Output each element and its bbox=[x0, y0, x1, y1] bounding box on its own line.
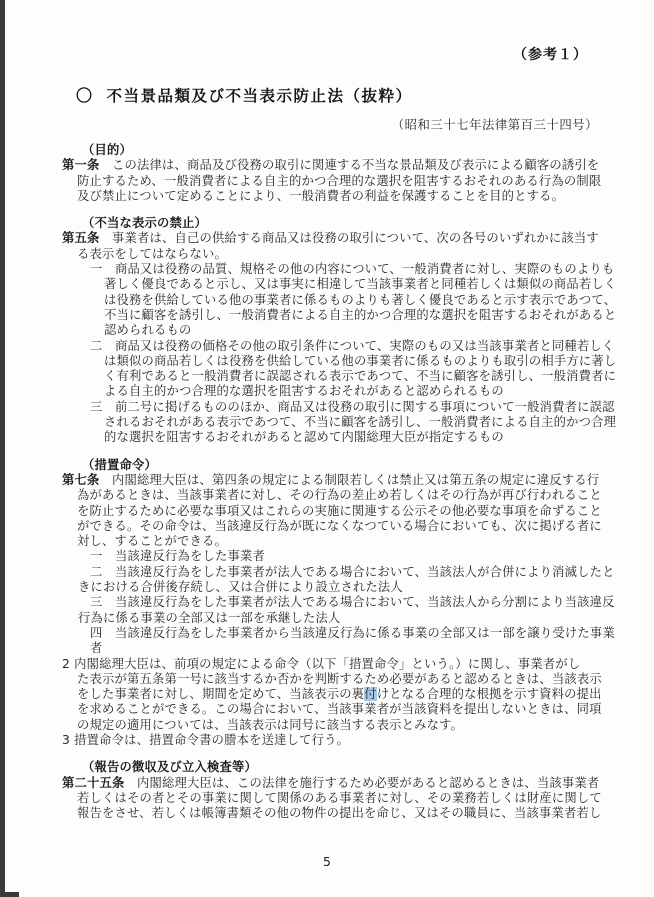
bold-label: （措置命令） bbox=[82, 458, 157, 472]
page-number: 5 bbox=[0, 854, 654, 869]
doc-line: きにおける合併後存続し、又は合併により設立された法人 bbox=[62, 580, 614, 595]
bold-label: （不当な表示の禁止） bbox=[82, 216, 207, 230]
doc-line: （措置命令） bbox=[62, 458, 614, 473]
scan-edge-corner bbox=[0, 892, 19, 897]
search-highlight: 付 bbox=[364, 687, 377, 701]
doc-line: 第七条 内閣総理大臣は、第四条の規定による制限若しくは禁止又は第五条の規定に違反… bbox=[62, 473, 614, 488]
document-page: （参考１） 〇 不当景品類及び不当表示防止法（抜粋） （昭和三十七年法律第百三十… bbox=[0, 0, 654, 897]
doc-line: 四 当該違反行為をした事業者から当該違反行為に係る事業の全部又は一部を譲り受けた… bbox=[62, 626, 614, 641]
law-number: （昭和三十七年法律第百三十四号） bbox=[392, 115, 598, 133]
doc-line: 一 当該違反行為をした事業者 bbox=[62, 549, 614, 564]
title-circle-mark: 〇 bbox=[76, 83, 94, 106]
doc-line: 行為に係る事業の全部又は一部を承継した法人 bbox=[62, 611, 614, 626]
doc-line: （不当な表示の禁止） bbox=[62, 216, 614, 231]
doc-line: 三 当該違反行為をした事業者が法人である場合において、当該法人から分割により当該… bbox=[62, 595, 614, 610]
bold-label: 第五条 bbox=[62, 231, 100, 245]
doc-line: 第一条 この法律は、商品及び役務の取引に関連する不当な景品類及び表示による顧客の… bbox=[62, 158, 614, 173]
doc-line: 第五条 事業者は、自己の供給する商品又は役務の取引について、次の各号のいずれかに… bbox=[62, 231, 614, 246]
doc-line: を求めることができる。この場合において、当該事業者が当該資料を提出しないときは、… bbox=[62, 702, 614, 717]
doc-line: 二 商品又は役務の価格その他の取引条件について、実際のもの又は当該事業者と同種若… bbox=[62, 339, 614, 354]
doc-line: く有利であると一般消費者に誤認される表示であつて、不当に顧客を誘引し、一般消費者… bbox=[62, 369, 614, 384]
doc-line: 2 内閣総理大臣は、前項の規定による命令（以下「措置命令」という。）に関し、事業… bbox=[62, 657, 614, 672]
doc-line: 不当に顧客を誘引し、一般消費者による自主的かつ合理的な選択を阻害するおそれがある… bbox=[62, 308, 614, 323]
section-gap bbox=[62, 204, 614, 216]
bold-label: 第七条 bbox=[62, 473, 100, 487]
doc-line: 三 前二号に掲げるもののほか、商品又は役務の取引に関する事項について一般消費者に… bbox=[62, 400, 614, 415]
doc-line: 一 商品又は役務の品質、規格その他の内容について、一般消費者に対し、実際のものよ… bbox=[62, 262, 614, 277]
doc-line: る表示をしてはならない。 bbox=[62, 247, 614, 262]
reference-label: （参考１） bbox=[513, 44, 588, 64]
doc-line: 第二十五条 内閣総理大臣は、この法律を施行するため必要があると認めるときは、当該… bbox=[62, 776, 614, 791]
bold-label: （目的） bbox=[82, 143, 132, 157]
document-title: 不当景品類及び不当表示防止法（抜粋） bbox=[107, 84, 413, 106]
doc-line: をした事業者に対し、期間を定めて、当該表示の裏付けとなる合理的な根拠を示す資料の… bbox=[62, 687, 614, 702]
doc-line: 及び禁止について定めることにより、一般消費者の利益を保護することを目的とする。 bbox=[62, 189, 614, 204]
doc-line: 者 bbox=[62, 641, 614, 656]
doc-line: 報告をさせ、若しくは帳簿書類その他の物件の提出を命じ、又はその職員に、当該事業者… bbox=[62, 806, 614, 821]
doc-line: 著しく優良であると示し、又は事実に相違して当該事業者と同種若しくは類似の商品若し… bbox=[62, 277, 614, 292]
document-body: （目的）第一条 この法律は、商品及び役務の取引に関連する不当な景品類及び表示によ… bbox=[62, 143, 614, 821]
doc-line: を防止するために必要な事項又はこれらの実施に関連する公示その他必要な事項を命ずる… bbox=[62, 504, 614, 519]
doc-line: 二 当該違反行為をした事業者が法人である場合において、当該法人が合併により消滅し… bbox=[62, 565, 614, 580]
doc-line: は類似の商品若しくは役務を供給している他の事業者に係るものよりも取引の相手方に著… bbox=[62, 354, 614, 369]
doc-line: た表示が第五条第一号に該当するか否かを判断するため必要があると認めるときは、当該… bbox=[62, 672, 614, 687]
bold-label: 第二十五条 bbox=[62, 776, 125, 790]
doc-line: 認められるもの bbox=[62, 323, 614, 338]
bold-label: （報告の徴収及び立入検査等） bbox=[82, 760, 257, 774]
doc-line: 防止するため、一般消費者による自主的かつ合理的な選択を阻害するおそれのある行為の… bbox=[62, 174, 614, 189]
section-gap bbox=[62, 748, 614, 760]
doc-line: ができる。その命令は、当該違反行為が既になくなつている場合においても、次に掲げる… bbox=[62, 519, 614, 534]
doc-line: は役務を供給している他の事業者に係るものよりも著しく優良であると示す表示であつて… bbox=[62, 293, 614, 308]
doc-line: （目的） bbox=[62, 143, 614, 158]
section-gap bbox=[62, 446, 614, 458]
doc-line: 為があるときは、当該事業者に対し、その行為の差止め若しくはその行為が再び行われる… bbox=[62, 488, 614, 503]
doc-line: の規定の適用については、当該表示は同号に該当する表示とみなす。 bbox=[62, 718, 614, 733]
doc-line: 対し、することができる。 bbox=[62, 534, 614, 549]
doc-line: 若しくはその者とその事業に関して関係のある事業者に対し、その業務若しくは財産に関… bbox=[62, 791, 614, 806]
scan-edge-left bbox=[0, 0, 5, 897]
bold-label: 第一条 bbox=[62, 158, 100, 172]
doc-line: されるおそれがある表示であつて、不当に顧客を誘引し、一般消費者による自主的かつ合… bbox=[62, 415, 614, 430]
doc-line: （報告の徴収及び立入検査等） bbox=[62, 760, 614, 775]
doc-line: 的な選択を阻害するおそれがあると認めて内閣総理大臣が指定するもの bbox=[62, 430, 614, 445]
doc-line: 3 措置命令は、措置命令書の謄本を送達して行う。 bbox=[62, 733, 614, 748]
document-title-row: 〇 不当景品類及び不当表示防止法（抜粋） bbox=[76, 83, 413, 106]
doc-line: よる自主的かつ合理的な選択を阻害するおそれがあると認められるもの bbox=[62, 384, 614, 399]
